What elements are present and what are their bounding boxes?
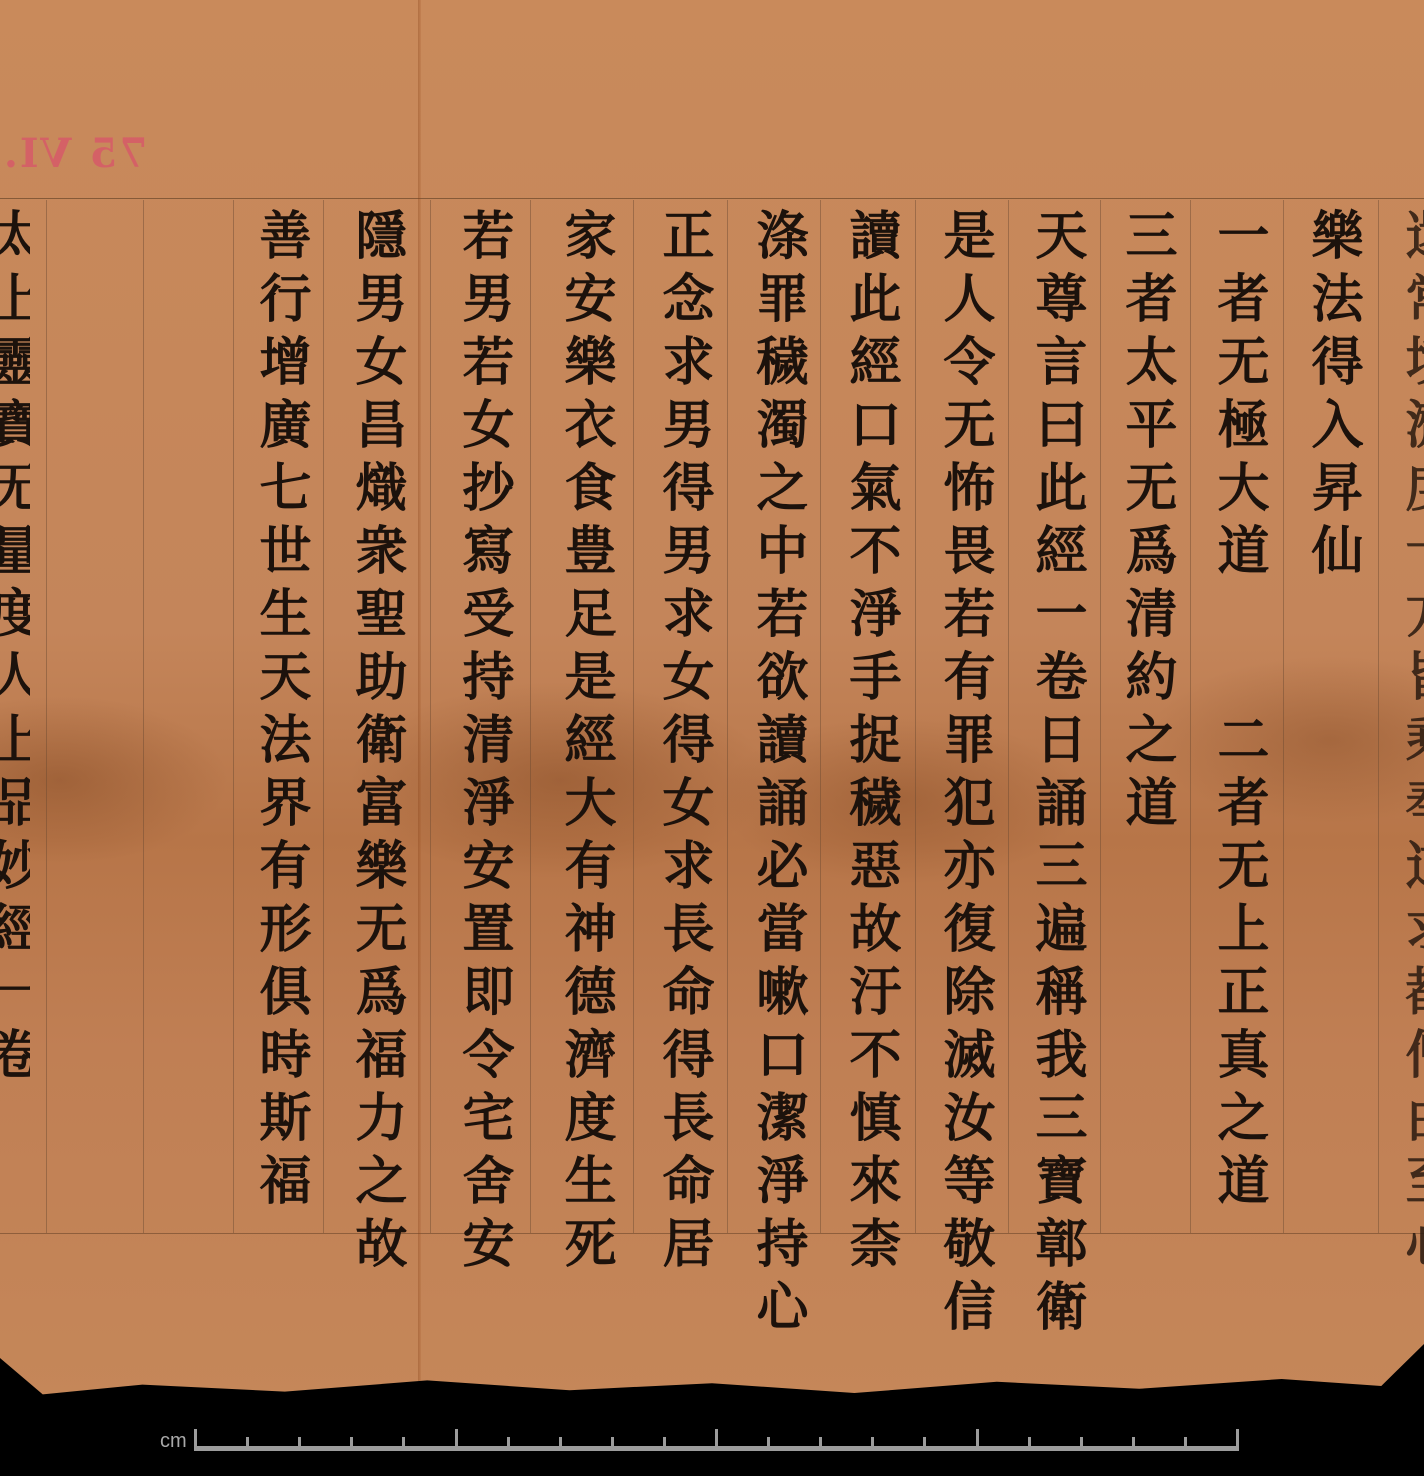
- scale-tick: [246, 1437, 249, 1451]
- text-column-13: 善行增廣七世生天法界有形俱時斯福: [240, 208, 320, 1216]
- scale-tick: [611, 1437, 614, 1451]
- scale-tick: [663, 1437, 666, 1451]
- scale-tick: [1080, 1437, 1083, 1451]
- scale-tick: [402, 1437, 405, 1451]
- text-column-4: 三者太平无爲清約之道: [1106, 208, 1186, 838]
- text-column-11: 若男若女抄寫受持清淨安置即令宅舍安: [443, 208, 523, 1279]
- column-rule: [46, 200, 47, 1233]
- column-rule: [820, 200, 821, 1233]
- scale-tick: [715, 1429, 718, 1451]
- text-column-2: 樂法得入昇仙: [1292, 208, 1372, 586]
- library-stamp: 75 VI.: [2, 130, 147, 177]
- column-rule: [430, 200, 431, 1233]
- text-column-12: 隱男女昌熾衆聖助衛富樂无爲福力之故: [336, 208, 416, 1279]
- scale-tick: [923, 1437, 926, 1451]
- text-column-9: 正念求男得男求女得女求長命得長命居: [643, 208, 723, 1279]
- column-rule: [233, 200, 234, 1233]
- text-column-3: 一者无極大道 二者无上正真之道: [1198, 208, 1278, 1216]
- scale-tick: [455, 1429, 458, 1451]
- text-column-8: 涤罪穢濁之中若欲讀誦必當嗽口潔淨持心: [737, 208, 817, 1342]
- scale-tick: [559, 1437, 562, 1451]
- top-margin-rule: [0, 198, 1424, 199]
- column-rule: [915, 200, 916, 1233]
- column-rule: [1190, 200, 1191, 1233]
- column-rule: [530, 200, 531, 1233]
- scale-unit-label: cm: [160, 1430, 187, 1453]
- scale-tick: [350, 1437, 353, 1451]
- column-rule: [323, 200, 324, 1233]
- scale-tick: [1236, 1429, 1239, 1451]
- text-column-1: 還常境濟度十方皆乘奉道求都僧由至心: [1386, 208, 1424, 1279]
- scale-tick: [507, 1437, 510, 1451]
- scale-tick: [871, 1437, 874, 1451]
- column-rule: [633, 200, 634, 1233]
- text-column-10: 家安樂衣食豊足是經大有神德濟度生死: [545, 208, 625, 1279]
- text-column-6: 是人令无怖畏若有罪犯亦復除滅汝等敬信: [924, 208, 1004, 1342]
- manuscript-page: 75 VI. 還常境濟度十方皆乘奉道求都僧由至心 樂法得入昇仙 一者无極大道 二…: [0, 0, 1424, 1400]
- scale-tick: [194, 1429, 197, 1451]
- column-rule: [1378, 200, 1379, 1233]
- scale-tick: [767, 1437, 770, 1451]
- title-column-cropped: 太上靈寶无量度人上品妙經一卷: [0, 208, 30, 1090]
- scale-tick: [1184, 1437, 1187, 1451]
- paper-join-seam: [418, 0, 421, 1400]
- scale-tick: [298, 1437, 301, 1451]
- column-rule: [1283, 200, 1284, 1233]
- column-rule: [1008, 200, 1009, 1233]
- text-column-5: 天尊言曰此經一卷日誦三遍稱我三寶鄣衛: [1016, 208, 1096, 1342]
- column-rule: [143, 200, 144, 1233]
- scale-tick: [1028, 1437, 1031, 1451]
- scale-tick: [819, 1437, 822, 1451]
- column-rule: [727, 200, 728, 1233]
- scale-bar: cm: [160, 1424, 1240, 1454]
- scale-tick: [1132, 1437, 1135, 1451]
- column-rule: [1100, 200, 1101, 1233]
- scale-tick: [976, 1429, 979, 1451]
- text-column-16-title: 太上靈寶无量度人上品妙經一卷: [0, 208, 30, 1090]
- text-column-7: 讀此經口氣不淨手捉穢惡故汙不慎來柰: [830, 208, 910, 1279]
